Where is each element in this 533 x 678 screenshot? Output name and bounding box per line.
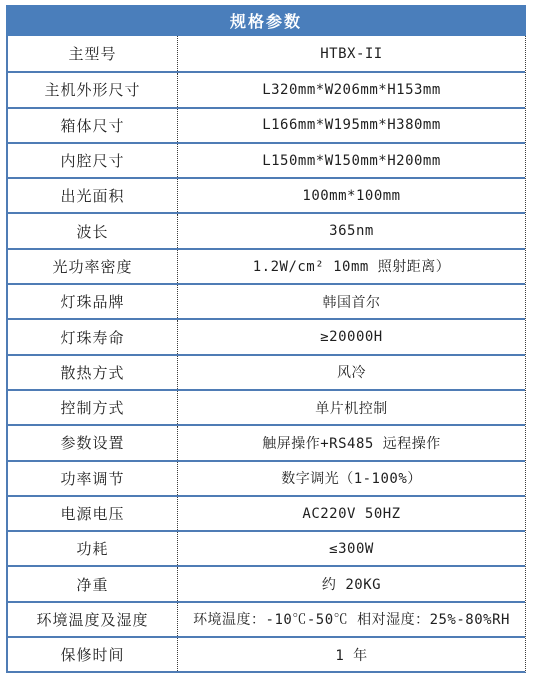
spec-label: 灯珠品牌: [8, 285, 178, 318]
table-row: 环境温度及湿度 环境温度：-10℃-50℃ 相对湿度：25%-80%RH: [8, 601, 525, 636]
spec-label: 功耗: [8, 532, 178, 565]
table-row: 散热方式 风冷: [8, 354, 525, 389]
spec-label: 散热方式: [8, 356, 178, 389]
spec-label: 内腔尺寸: [8, 144, 178, 177]
table-row: 保修时间 1 年: [8, 636, 525, 671]
table-row: 电源电压 AC220V 50HZ: [8, 495, 525, 530]
spec-value: 风冷: [178, 356, 525, 389]
spec-value: L150mm*W150mm*H200mm: [178, 144, 525, 177]
spec-label: 主型号: [8, 36, 178, 71]
spec-value: 韩国首尔: [178, 285, 525, 318]
table-row: 出光面积 100mm*100mm: [8, 177, 525, 212]
spec-value: 数字调光（1-100%）: [178, 462, 525, 495]
spec-label: 净重: [8, 567, 178, 600]
table-row: 波长 365nm: [8, 212, 525, 247]
spec-label: 电源电压: [8, 497, 178, 530]
spec-value: L166mm*W195mm*H380mm: [178, 109, 525, 142]
spec-value: 单片机控制: [178, 391, 525, 424]
spec-label: 光功率密度: [8, 250, 178, 283]
table-row: 参数设置 触屏操作+RS485 远程操作: [8, 424, 525, 459]
spec-value: 100mm*100mm: [178, 179, 525, 212]
table-title: 规格参数: [6, 5, 526, 36]
spec-label: 参数设置: [8, 426, 178, 459]
table-row: 箱体尺寸 L166mm*W195mm*H380mm: [8, 107, 525, 142]
spec-label: 灯珠寿命: [8, 320, 178, 353]
table-row: 净重 约 20KG: [8, 565, 525, 600]
spec-label: 功率调节: [8, 462, 178, 495]
table-row: 功率调节 数字调光（1-100%）: [8, 460, 525, 495]
spec-table: 规格参数 主型号 HTBX-II 主机外形尺寸 L320mm*W206mm*H1…: [6, 5, 526, 673]
table-body: 主型号 HTBX-II 主机外形尺寸 L320mm*W206mm*H153mm …: [6, 36, 526, 673]
spec-sheet-page: 规格参数 主型号 HTBX-II 主机外形尺寸 L320mm*W206mm*H1…: [0, 0, 533, 678]
table-row: 控制方式 单片机控制: [8, 389, 525, 424]
spec-value: 1 年: [178, 638, 525, 671]
spec-label: 波长: [8, 214, 178, 247]
spec-value: ≤300W: [178, 532, 525, 565]
spec-value: 约 20KG: [178, 567, 525, 600]
spec-value: HTBX-II: [178, 36, 525, 71]
table-row: 灯珠品牌 韩国首尔: [8, 283, 525, 318]
spec-value: L320mm*W206mm*H153mm: [178, 73, 525, 106]
table-row: 内腔尺寸 L150mm*W150mm*H200mm: [8, 142, 525, 177]
spec-value: 365nm: [178, 214, 525, 247]
spec-value: 触屏操作+RS485 远程操作: [178, 426, 525, 459]
table-row: 光功率密度 1.2W/cm² 10mm 照射距离）: [8, 248, 525, 283]
spec-label: 环境温度及湿度: [8, 603, 178, 636]
spec-label: 主机外形尺寸: [8, 73, 178, 106]
table-row: 灯珠寿命 ≥20000H: [8, 318, 525, 353]
spec-label: 控制方式: [8, 391, 178, 424]
spec-label: 箱体尺寸: [8, 109, 178, 142]
table-row: 主机外形尺寸 L320mm*W206mm*H153mm: [8, 71, 525, 106]
spec-value: 1.2W/cm² 10mm 照射距离）: [178, 250, 525, 283]
spec-label: 出光面积: [8, 179, 178, 212]
spec-label: 保修时间: [8, 638, 178, 671]
spec-value: ≥20000H: [178, 320, 525, 353]
spec-value: 环境温度：-10℃-50℃ 相对湿度：25%-80%RH: [178, 603, 525, 636]
table-row: 主型号 HTBX-II: [8, 36, 525, 71]
table-row: 功耗 ≤300W: [8, 530, 525, 565]
spec-value: AC220V 50HZ: [178, 497, 525, 530]
